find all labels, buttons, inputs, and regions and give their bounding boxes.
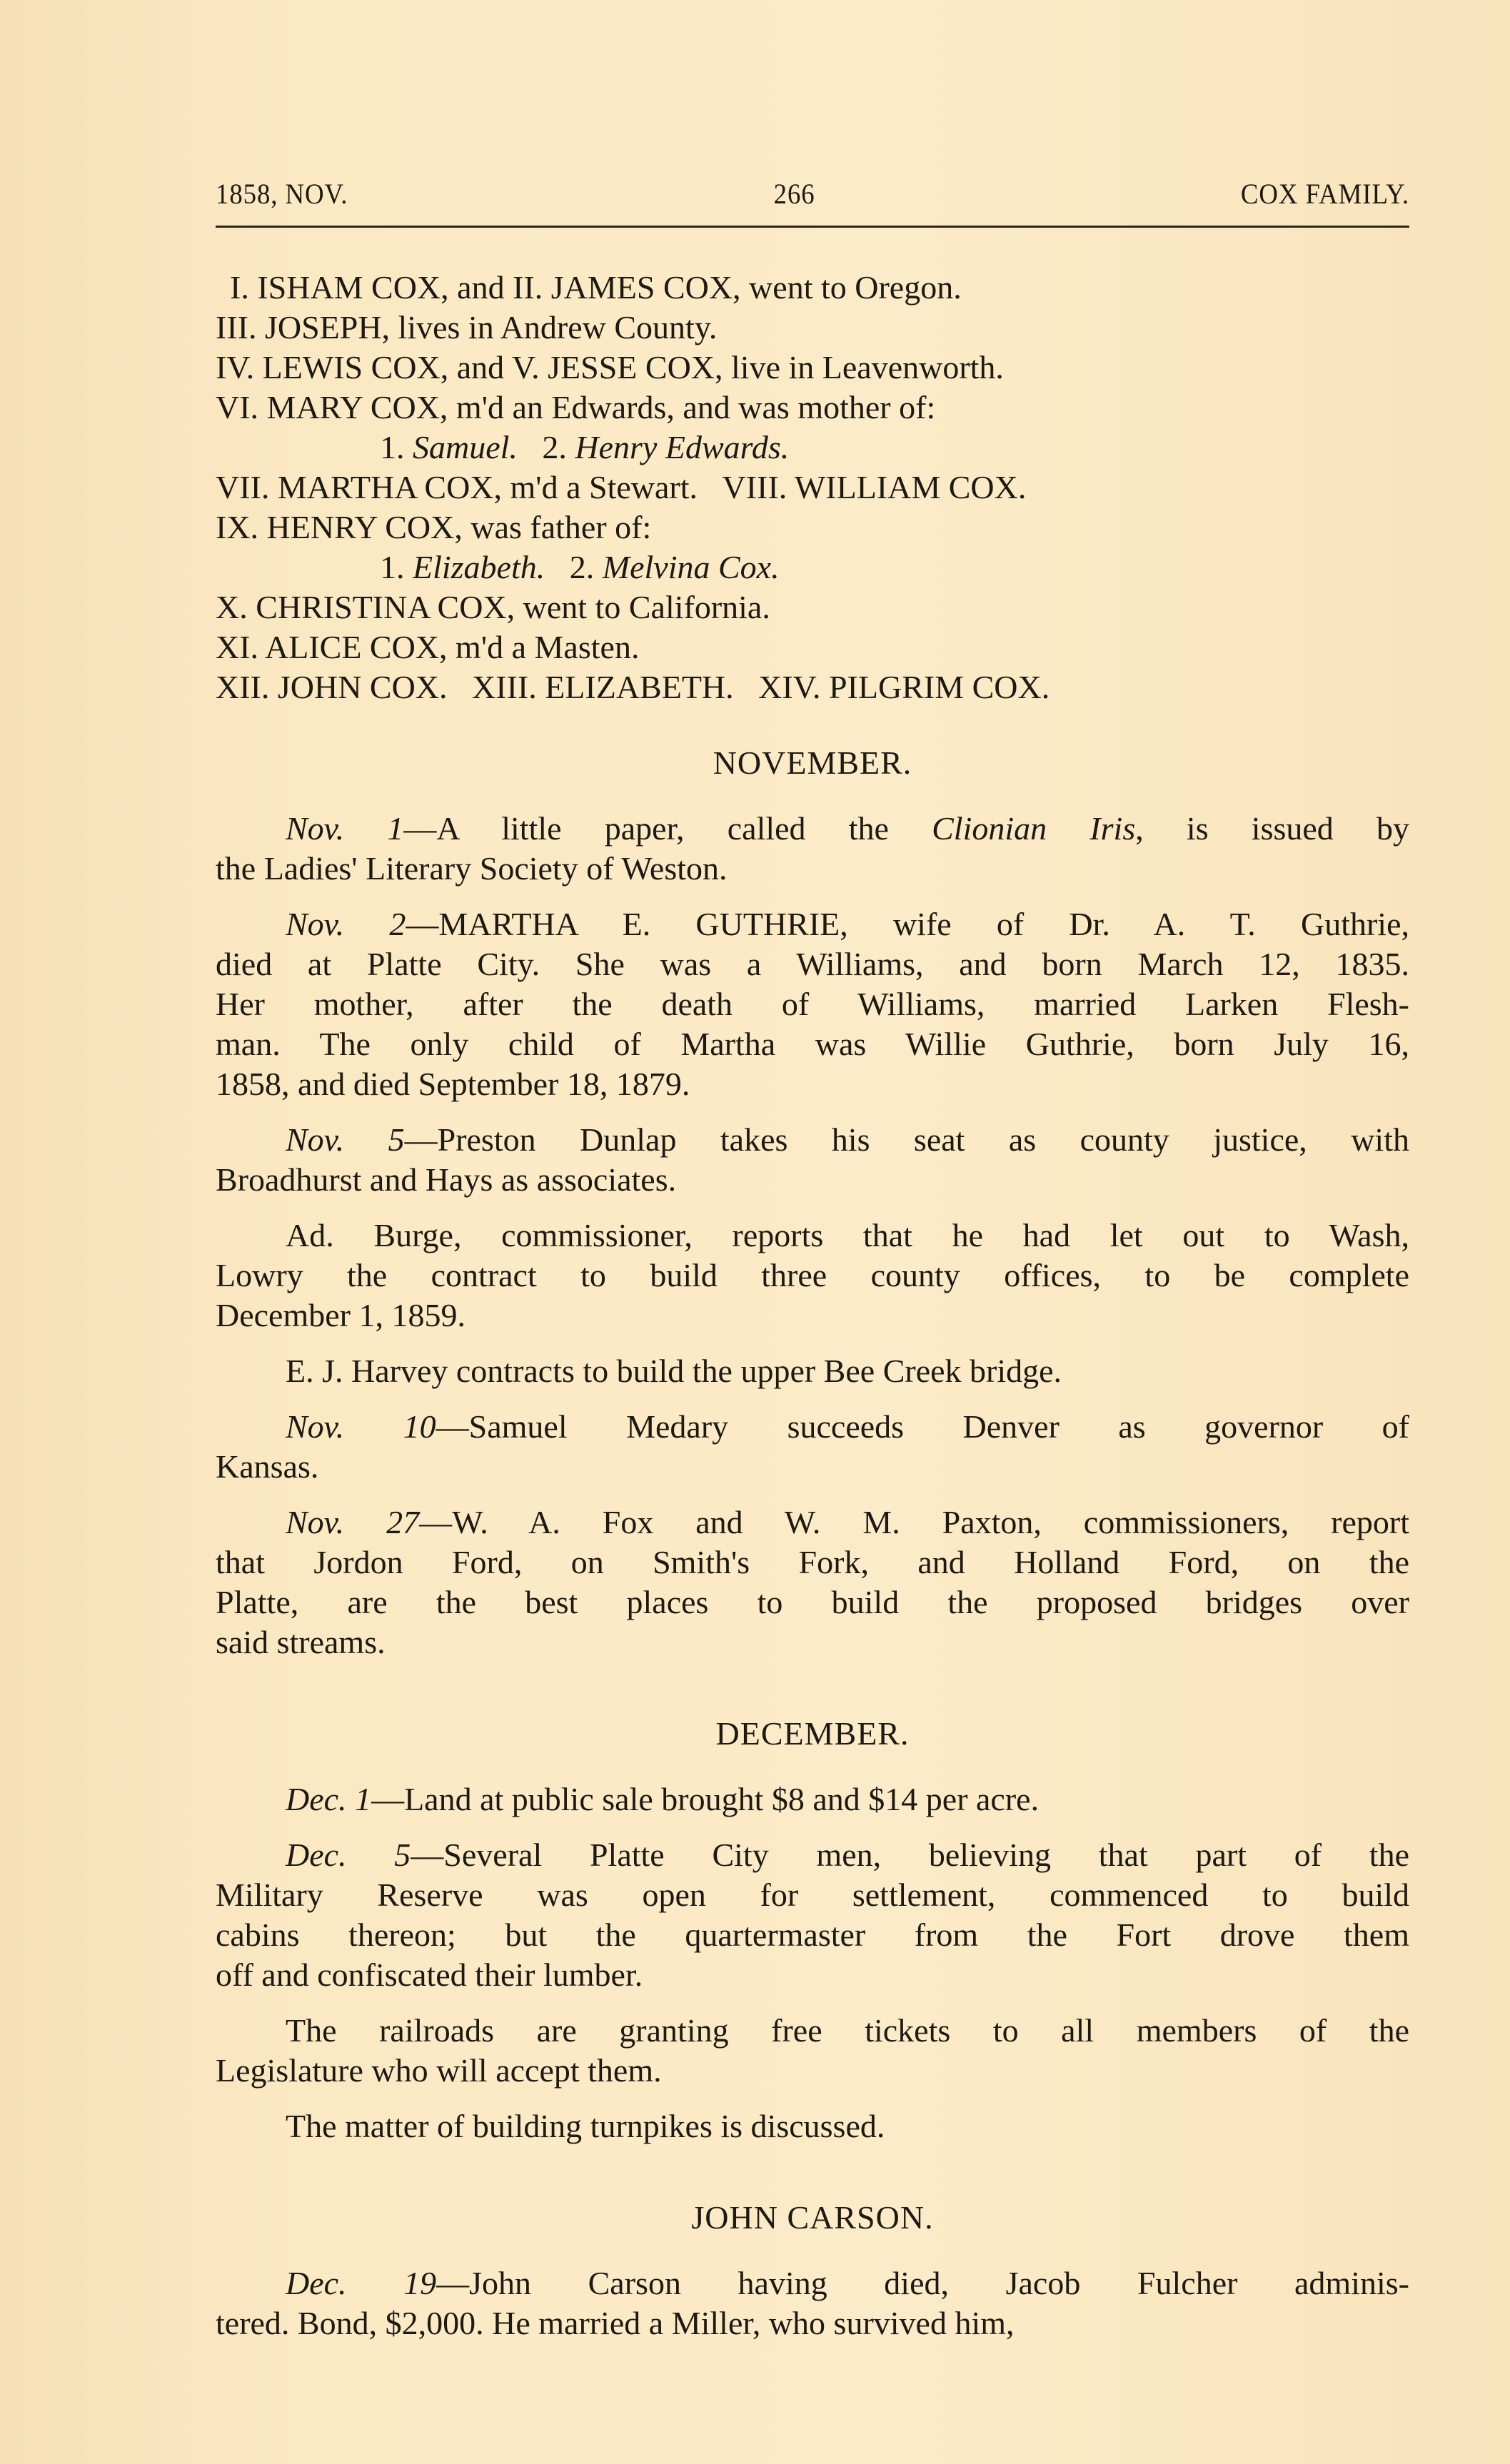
text-line: Nov. 27—W. A. Fox and W. M. Paxton, comm…	[216, 1503, 1409, 1542]
text-line: Ad. Burge, commissioner, reports that he…	[216, 1216, 1409, 1256]
text-line: Dec. 1—Land at public sale brought $8 an…	[216, 1779, 1409, 1819]
child-name: Samuel.	[413, 429, 542, 465]
dated-entry: Nov. 1—A little paper, called the Clioni…	[216, 809, 1409, 889]
text-line: said streams.	[216, 1622, 1409, 1662]
text-line: Nov. 2—MARTHA E. GUTHRIE, wife of Dr. A.…	[216, 904, 1409, 944]
entry-continuation: The matter of building turnpikes is disc…	[216, 2106, 1409, 2146]
text-line: that Jordon Ford, on Smith's Fork, and H…	[216, 1542, 1409, 1582]
family-member-entry: III. JOSEPH, lives in Andrew County.	[216, 308, 1409, 348]
entry-date: Nov. 27	[286, 1504, 419, 1540]
running-head-title: COX FAMILY.	[1241, 177, 1409, 211]
dated-entry: Dec. 1—Land at public sale brought $8 an…	[216, 1779, 1409, 1819]
text-line: The railroads are granting free tickets …	[216, 2011, 1409, 2051]
entry-date: Nov. 1	[286, 810, 403, 847]
running-head-date: 1858, NOV.	[216, 177, 348, 211]
spacer	[216, 2146, 1409, 2162]
text-line: Dec. 19—John Carson having died, Jacob F…	[216, 2263, 1409, 2303]
entry-date: Nov. 10	[286, 1408, 436, 1445]
spacer	[216, 783, 1409, 809]
dated-entry: Nov. 2—MARTHA E. GUTHRIE, wife of Dr. A.…	[216, 904, 1409, 1104]
entry-continuation: The railroads are granting free tickets …	[216, 2011, 1409, 2091]
child-name: Elizabeth.	[413, 549, 570, 585]
spacer	[216, 1678, 1409, 1714]
spacer	[216, 1754, 1409, 1779]
text-line: Nov. 10—Samuel Medary succeeds Denver as…	[216, 1407, 1409, 1447]
children-list: 1. Elizabeth. 2. Melvina Cox.	[216, 547, 1409, 587]
dated-entry: Nov. 10—Samuel Medary succeeds Denver as…	[216, 1407, 1409, 1487]
spacer	[216, 1995, 1409, 2011]
text-line: tered. Bond, $2,000. He married a Miller…	[216, 2303, 1409, 2343]
dated-entry: Nov. 27—W. A. Fox and W. M. Paxton, comm…	[216, 1503, 1409, 1662]
text-line: 1858, and died September 18, 1879.	[216, 1064, 1409, 1104]
spacer	[216, 1335, 1409, 1351]
child-number: 1.	[380, 549, 413, 585]
dated-entry: Dec. 19—John Carson having died, Jacob F…	[216, 2263, 1409, 2343]
dated-entry: Nov. 5—Preston Dunlap takes his seat as …	[216, 1120, 1409, 1200]
spacer	[216, 707, 1409, 743]
text-line: Nov. 5—Preston Dunlap takes his seat as …	[216, 1120, 1409, 1160]
entry-date: Dec. 1	[286, 1781, 371, 1817]
header-rule	[216, 226, 1409, 228]
section-heading: JOHN CARSON.	[216, 2198, 1409, 2238]
child-number: 2.	[542, 429, 575, 465]
child-name: Henry Edwards.	[575, 429, 789, 465]
spacer	[216, 889, 1409, 904]
entry-continuation: Ad. Burge, commissioner, reports that he…	[216, 1216, 1409, 1335]
page-number: 266	[774, 177, 815, 211]
child-number: 1.	[380, 429, 413, 465]
family-member-entry: I. ISHAM COX, and II. JAMES COX, went to…	[216, 268, 1409, 308]
entry-date: Nov. 5	[286, 1121, 405, 1158]
spacer	[216, 2238, 1409, 2263]
text-line: E. J. Harvey contracts to build the uppe…	[216, 1351, 1409, 1391]
text-line: the Ladies' Literary Society of Weston.	[216, 849, 1409, 889]
text-line: Lowry the contract to build three county…	[216, 1256, 1409, 1296]
cox-family-list: I. ISHAM COX, and II. JAMES COX, went to…	[216, 268, 1409, 707]
spacer	[216, 1391, 1409, 1407]
text-line: off and confiscated their lumber.	[216, 1955, 1409, 1995]
chronicle-sections: NOVEMBER.Nov. 1—A little paper, called t…	[216, 707, 1409, 2359]
book-page: 1858, NOV. 266 COX FAMILY. I. ISHAM COX,…	[216, 177, 1409, 2359]
text-line: Kansas.	[216, 1447, 1409, 1487]
text-line: cabins thereon; but the quartermaster fr…	[216, 1915, 1409, 1955]
text-line: The matter of building turnpikes is disc…	[216, 2106, 1409, 2146]
running-head: 1858, NOV. 266 COX FAMILY.	[216, 177, 1409, 218]
spacer	[216, 2091, 1409, 2106]
text-line: man. The only child of Martha was Willie…	[216, 1024, 1409, 1064]
text-line: December 1, 1859.	[216, 1296, 1409, 1335]
section-heading: NOVEMBER.	[216, 743, 1409, 783]
entry-date: Nov. 2	[286, 906, 406, 942]
family-member-entry: X. CHRISTINA COX, went to California.	[216, 587, 1409, 627]
family-member-entry: XII. JOHN COX. XIII. ELIZABETH. XIV. PIL…	[216, 667, 1409, 707]
text-line: Platte, are the best places to build the…	[216, 1582, 1409, 1622]
children-list: 1. Samuel. 2. Henry Edwards.	[216, 428, 1409, 468]
text-line: Dec. 5—Several Platte City men, believin…	[216, 1835, 1409, 1875]
text-line: Broadhurst and Hays as associates.	[216, 1160, 1409, 1200]
spacer	[216, 2343, 1409, 2359]
dated-entry: Dec. 5—Several Platte City men, believin…	[216, 1835, 1409, 1995]
text-line: Nov. 1—A little paper, called the Clioni…	[216, 809, 1409, 849]
entry-continuation: E. J. Harvey contracts to build the uppe…	[216, 1351, 1409, 1391]
family-member-entry: IV. LEWIS COX, and V. JESSE COX, live in…	[216, 348, 1409, 388]
family-member-entry: VII. MARTHA COX, m'd a Stewart. VIII. WI…	[216, 468, 1409, 508]
spacer	[216, 1104, 1409, 1120]
section-heading: DECEMBER.	[216, 1714, 1409, 1754]
spacer	[216, 2162, 1409, 2198]
publication-title: Clionian Iris	[932, 810, 1135, 847]
spacer	[216, 1487, 1409, 1503]
text-line: Her mother, after the death of Williams,…	[216, 984, 1409, 1024]
entry-date: Dec. 5	[286, 1837, 411, 1873]
spacer	[216, 1200, 1409, 1216]
family-member-entry: XI. ALICE COX, m'd a Masten.	[216, 627, 1409, 667]
child-number: 2.	[570, 549, 603, 585]
text-line: Military Reserve was open for settlement…	[216, 1875, 1409, 1915]
family-member-entry: VI. MARY COX, m'd an Edwards, and was mo…	[216, 388, 1409, 428]
spacer	[216, 1819, 1409, 1835]
child-name: Melvina Cox.	[603, 549, 780, 585]
family-member-entry: IX. HENRY COX, was father of:	[216, 508, 1409, 547]
entry-date: Dec. 19	[286, 2265, 436, 2301]
text-line: Legislature who will accept them.	[216, 2051, 1409, 2091]
text-line: died at Platte City. She was a Williams,…	[216, 944, 1409, 984]
spacer	[216, 1662, 1409, 1678]
